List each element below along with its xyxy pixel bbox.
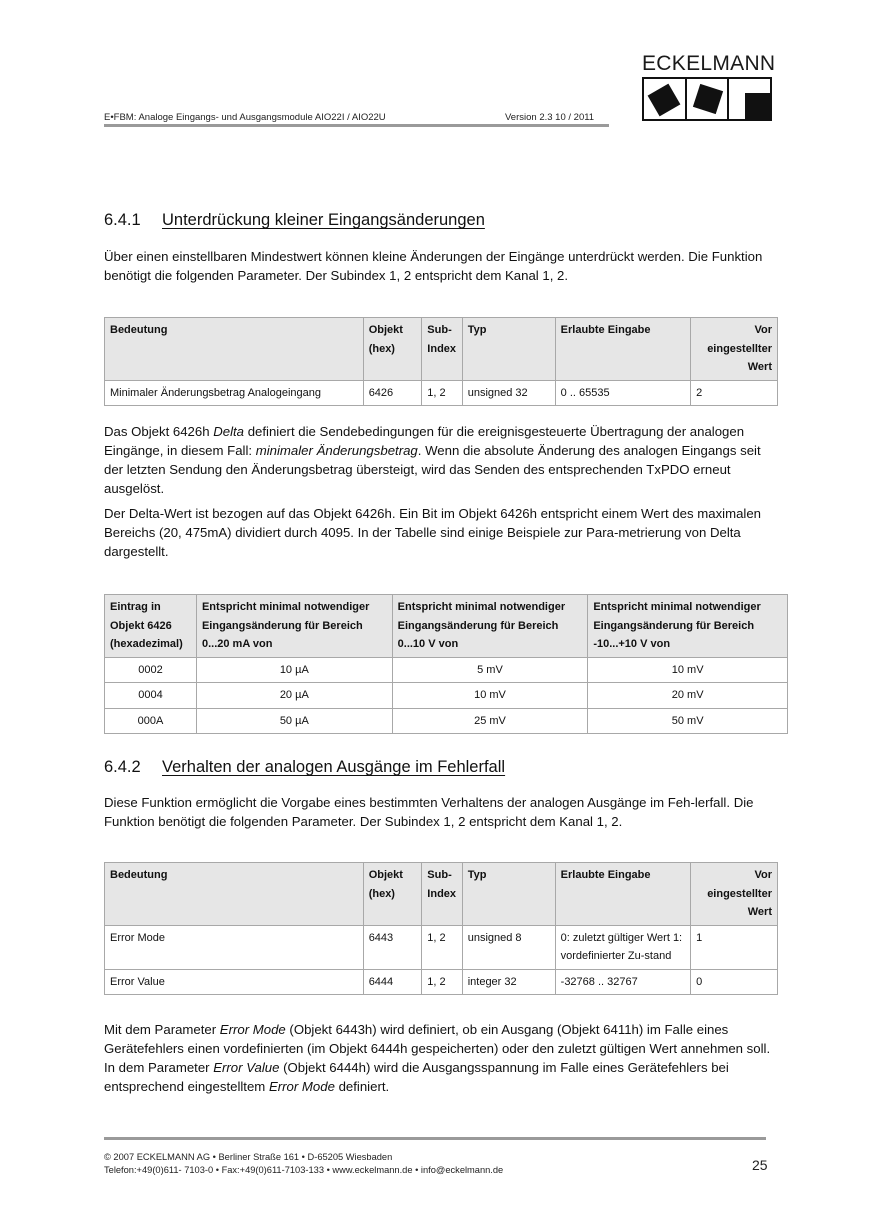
section1-intro: Über einen einstellbaren Mindestwert kön…	[104, 247, 774, 285]
parameter-table-error: Bedeutung Objekt (hex) Sub-Index Typ Erl…	[104, 862, 778, 995]
delta-value-description: Der Delta-Wert ist bezogen auf das Objek…	[104, 504, 774, 561]
table-row: 0002 10 µA 5 mV 10 mV	[105, 657, 788, 683]
footer-contact: Telefon:+49(0)611- 7103-0 • Fax:+49(0)61…	[104, 1165, 503, 1175]
logo-wordmark: ECKELMANN	[642, 52, 772, 76]
section-title: Unterdrückung kleiner Eingangsänderungen	[162, 211, 485, 229]
version-info: Version 2.3 10 / 2011	[505, 112, 594, 123]
col-erlaubte-eingabe: Erlaubte Eingabe	[555, 318, 690, 381]
table-header-row: Bedeutung Objekt (hex) Sub-Index Typ Erl…	[105, 863, 778, 926]
parameter-table-6426: Bedeutung Objekt (hex) Sub-Index Typ Erl…	[104, 317, 778, 406]
col-bedeutung: Bedeutung	[105, 318, 364, 381]
section-heading-6-4-2: 6.4.2Verhalten der analogen Ausgänge im …	[104, 758, 505, 777]
delta-example-table: Eintrag in Objekt 6426 (hexadezimal) Ent…	[104, 594, 788, 734]
eckelmann-logo: ECKELMANN	[642, 52, 772, 121]
section-number: 6.4.2	[104, 758, 162, 777]
table-row: Error Value 6444 1, 2 integer 32 -32768 …	[105, 969, 778, 995]
table-header-row: Bedeutung Objekt (hex) Sub-Index Typ Erl…	[105, 318, 778, 381]
col-typ: Typ	[462, 318, 555, 381]
table-row: Minimaler Änderungsbetrag Analogeingang …	[105, 380, 778, 406]
document-title: E•FBM: Analoge Eingangs- und Ausgangsmod…	[104, 112, 386, 123]
header-divider	[104, 124, 609, 127]
col-objekt: Objekt (hex)	[363, 318, 422, 381]
page-number: 25	[752, 1157, 768, 1173]
delta-description: Das Objekt 6426h Delta definiert die Sen…	[104, 422, 774, 498]
table-row: 000A 50 µA 25 mV 50 mV	[105, 708, 788, 734]
table-row: 0004 20 µA 10 mV 20 mV	[105, 683, 788, 709]
col-subindex: Sub-Index	[422, 318, 462, 381]
section-heading-6-4-1: 6.4.1Unterdrückung kleiner Eingangsänder…	[104, 211, 485, 230]
footer-address: © 2007 ECKELMANN AG • Berliner Straße 16…	[104, 1152, 392, 1162]
table-row: Error Mode 6443 1, 2 unsigned 8 0: zulet…	[105, 925, 778, 969]
section-number: 6.4.1	[104, 211, 162, 230]
table-header-row: Eintrag in Objekt 6426 (hexadezimal) Ent…	[105, 595, 788, 658]
section-title: Verhalten der analogen Ausgänge im Fehle…	[162, 758, 505, 776]
footer-divider	[104, 1137, 766, 1140]
section2-intro: Diese Funktion ermöglicht die Vorgabe ei…	[104, 793, 774, 831]
col-voreingestellter-wert: Vor eingestellter Wert	[691, 318, 778, 381]
logo-mark-icon	[642, 77, 772, 121]
error-mode-description: Mit dem Parameter Error Mode (Objekt 644…	[104, 1020, 774, 1096]
